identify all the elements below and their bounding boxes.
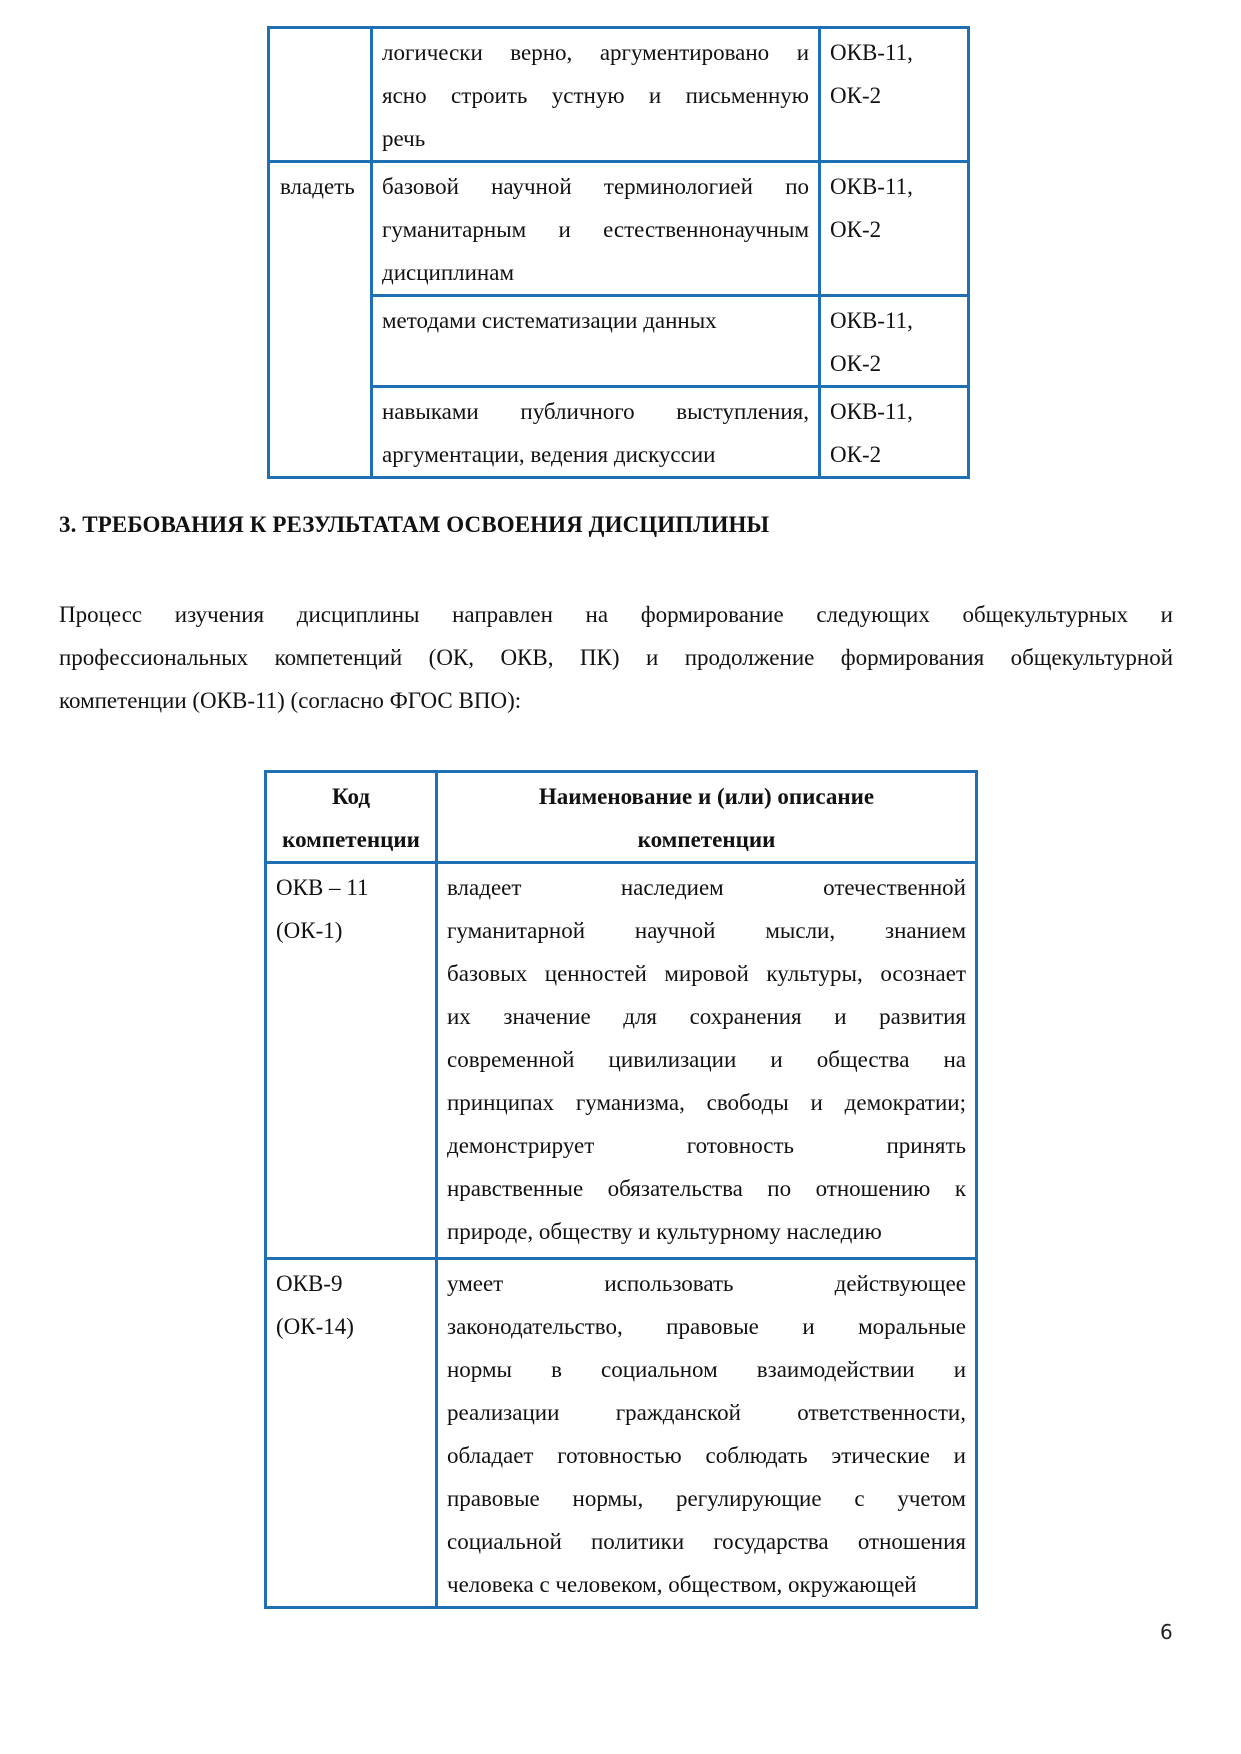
description-line: гуманитарным и естественнонаучным bbox=[382, 208, 809, 251]
code-line: ОКВ-11, bbox=[830, 31, 958, 74]
code-line: ОК-2 bbox=[830, 208, 958, 251]
code-line: ОК-2 bbox=[830, 74, 958, 117]
competence-table: Код компетенции Наименование и (или) опи… bbox=[264, 770, 978, 1609]
table-row: методами систематизации данных ОКВ-11, О… bbox=[269, 296, 969, 387]
header-line: компетенции bbox=[447, 818, 966, 861]
description-cell: владеет наследием отечественной гуманита… bbox=[437, 863, 977, 1259]
table-row: владеть базовой научной терминологией по… bbox=[269, 162, 969, 296]
description-cell: умеет использовать действующее законодат… bbox=[437, 1259, 977, 1608]
description-line: логически верно, аргументировано и bbox=[382, 31, 809, 74]
paragraph-line: профессиональных компетенций (ОК, ОКВ, П… bbox=[59, 636, 1173, 679]
description-line: социальной политики государства отношени… bbox=[447, 1520, 966, 1563]
codes-cell: ОКВ-11, ОК-2 bbox=[820, 387, 969, 478]
description-line: базовой научной терминологией по bbox=[382, 165, 809, 208]
table-row: логически верно, аргументировано и ясно … bbox=[269, 28, 969, 162]
code-line: ОКВ-9 bbox=[276, 1262, 426, 1305]
description-line: законодательство, правовые и моральные bbox=[447, 1305, 966, 1348]
code-line: ОКВ-11, bbox=[830, 299, 958, 342]
code-line: ОКВ-11, bbox=[830, 165, 958, 208]
description-cell: методами систематизации данных bbox=[372, 296, 820, 387]
description-cell: базовой научной терминологией по гуманит… bbox=[372, 162, 820, 296]
description-line: ясно строить устную и письменную bbox=[382, 74, 809, 117]
codes-cell: ОКВ-11, ОК-2 bbox=[820, 28, 969, 162]
description-line: их значение для сохранения и развития bbox=[447, 995, 966, 1038]
verb-cell bbox=[269, 28, 372, 162]
paragraph-line: Процесс изучения дисциплины направлен на… bbox=[59, 593, 1173, 636]
codes-cell: ОКВ-11, ОК-2 bbox=[820, 296, 969, 387]
section-heading: 3. ТРЕБОВАНИЯ К РЕЗУЛЬТАТАМ ОСВОЕНИЯ ДИС… bbox=[59, 512, 769, 538]
description-line: гуманитарной научной мысли, знанием bbox=[447, 909, 966, 952]
code-line: (ОК-1) bbox=[276, 909, 426, 952]
code-cell: ОКВ – 11 (ОК-1) bbox=[266, 863, 437, 1259]
description-line: современной цивилизации и общества на bbox=[447, 1038, 966, 1081]
description-line: природе, обществу и культурному наследию bbox=[447, 1210, 966, 1253]
code-line: ОК-2 bbox=[830, 433, 958, 476]
codes-cell: ОКВ-11, ОК-2 bbox=[820, 162, 969, 296]
description-line: базовых ценностей мировой культуры, осоз… bbox=[447, 952, 966, 995]
description-line: реализации гражданской ответственности, bbox=[447, 1391, 966, 1434]
code-line: ОК-2 bbox=[830, 342, 958, 385]
description-line: дисциплинам bbox=[382, 251, 809, 294]
description-cell: логически верно, аргументировано и ясно … bbox=[372, 28, 820, 162]
table-header-row: Код компетенции Наименование и (или) опи… bbox=[266, 772, 977, 863]
header-line: Наименование и (или) описание bbox=[447, 775, 966, 818]
description-line: владеет наследием отечественной bbox=[447, 866, 966, 909]
header-line: Код bbox=[276, 775, 426, 818]
verb-cell: владеть bbox=[269, 162, 372, 478]
code-line: ОКВ-11, bbox=[830, 390, 958, 433]
description-line: речь bbox=[382, 117, 809, 160]
description-line: нравственные обязательства по отношению … bbox=[447, 1167, 966, 1210]
description-line: аргументации, ведения дискуссии bbox=[382, 433, 809, 476]
code-line: (ОК-14) bbox=[276, 1305, 426, 1348]
description-line: принципах гуманизма, свободы и демократи… bbox=[447, 1081, 966, 1124]
header-line: компетенции bbox=[276, 818, 426, 861]
code-line: ОКВ – 11 bbox=[276, 866, 426, 909]
description-cell: навыками публичного выступления, аргумен… bbox=[372, 387, 820, 478]
competence-results-table-continued: логически верно, аргументировано и ясно … bbox=[267, 26, 970, 479]
description-line: методами систематизации данных bbox=[382, 299, 809, 342]
description-line: человека с человеком, обществом, окружаю… bbox=[447, 1563, 966, 1606]
description-line: умеет использовать действующее bbox=[447, 1262, 966, 1305]
description-line: правовые нормы, регулирующие с учетом bbox=[447, 1477, 966, 1520]
header-description: Наименование и (или) описание компетенци… bbox=[437, 772, 977, 863]
header-code: Код компетенции bbox=[266, 772, 437, 863]
description-line: демонстрирует готовность принять bbox=[447, 1124, 966, 1167]
table-row: ОКВ-9 (ОК-14) умеет использовать действу… bbox=[266, 1259, 977, 1608]
description-line: нормы в социальном взаимодействии и bbox=[447, 1348, 966, 1391]
section-paragraph: Процесс изучения дисциплины направлен на… bbox=[59, 593, 1173, 722]
description-line: обладает готовностью соблюдать этические… bbox=[447, 1434, 966, 1477]
code-cell: ОКВ-9 (ОК-14) bbox=[266, 1259, 437, 1608]
table-row: ОКВ – 11 (ОК-1) владеет наследием отечес… bbox=[266, 863, 977, 1259]
description-line: навыками публичного выступления, bbox=[382, 390, 809, 433]
paragraph-line: компетенции (ОКВ-11) (согласно ФГОС ВПО)… bbox=[59, 679, 1173, 722]
table-row: навыками публичного выступления, аргумен… bbox=[269, 387, 969, 478]
page-number: 6 bbox=[1160, 1620, 1173, 1644]
